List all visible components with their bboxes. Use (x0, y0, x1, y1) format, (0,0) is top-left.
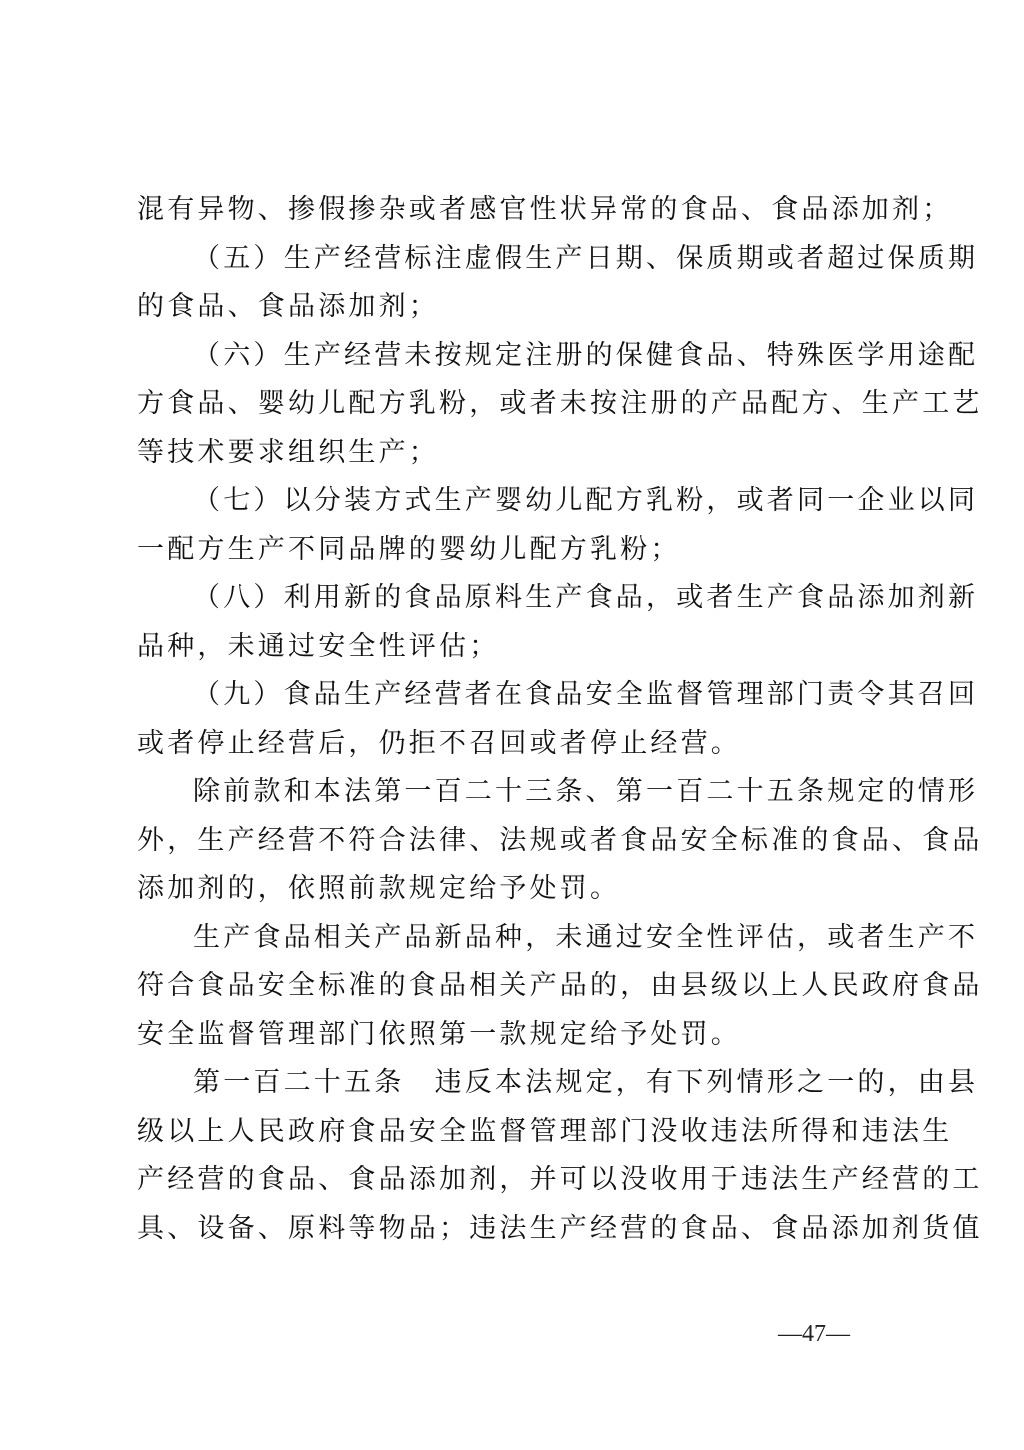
text-line-item-8: （八）利用新的食品原料生产食品，或者生产食品添加剂新 (137, 574, 903, 623)
text-line: 具、设备、原料等物品；违法生产经营的食品、食品添加剂货值 (137, 1205, 903, 1254)
text-line: 的食品、食品添加剂； (137, 283, 903, 332)
text-line: 一配方生产不同品牌的婴幼儿配方乳粉； (137, 526, 903, 575)
text-line: 或者停止经营后，仍拒不召回或者停止经营。 (137, 720, 903, 769)
text-line-item-9: （九）食品生产经营者在食品安全监督管理部门责令其召回 (137, 671, 903, 720)
text-line: 方食品、婴幼儿配方乳粉，或者未按注册的产品配方、生产工艺 (137, 380, 903, 429)
article-125-heading: 第一百二十五条 违反本法规定，有下列情形之一的，由县 (137, 1059, 903, 1108)
text-line-item-7: （七）以分装方式生产婴幼儿配方乳粉，或者同一企业以同 (137, 477, 903, 526)
text-line: 添加剂的，依照前款规定给予处罚。 (137, 865, 903, 914)
text-line-item-6: （六）生产经营未按规定注册的保健食品、特殊医学用途配 (137, 332, 903, 381)
document-body: 混有异物、掺假掺杂或者感官性状异常的食品、食品添加剂； （五）生产经营标注虚假生… (137, 186, 903, 1253)
paragraph-start: 生产食品相关产品新品种，未通过安全性评估，或者生产不 (137, 914, 903, 963)
text-line: 级以上人民政府食品安全监督管理部门没收违法所得和违法生 (137, 1108, 903, 1157)
text-line: 符合食品安全标准的食品相关产品的，由县级以上人民政府食品 (137, 962, 903, 1011)
text-line: 品种，未通过安全性评估； (137, 623, 903, 672)
text-line: 外，生产经营不符合法律、法规或者食品安全标准的食品、食品 (137, 817, 903, 866)
text-line: 安全监督管理部门依照第一款规定给予处罚。 (137, 1011, 903, 1060)
page-number: —47— (778, 1321, 850, 1348)
paragraph-start: 除前款和本法第一百二十三条、第一百二十五条规定的情形 (137, 768, 903, 817)
text-line: 产经营的食品、食品添加剂，并可以没收用于违法生产经营的工 (137, 1156, 903, 1205)
text-line: 混有异物、掺假掺杂或者感官性状异常的食品、食品添加剂； (137, 186, 903, 235)
text-line: 等技术要求组织生产； (137, 429, 903, 478)
text-line-item-5: （五）生产经营标注虚假生产日期、保质期或者超过保质期 (137, 235, 903, 284)
